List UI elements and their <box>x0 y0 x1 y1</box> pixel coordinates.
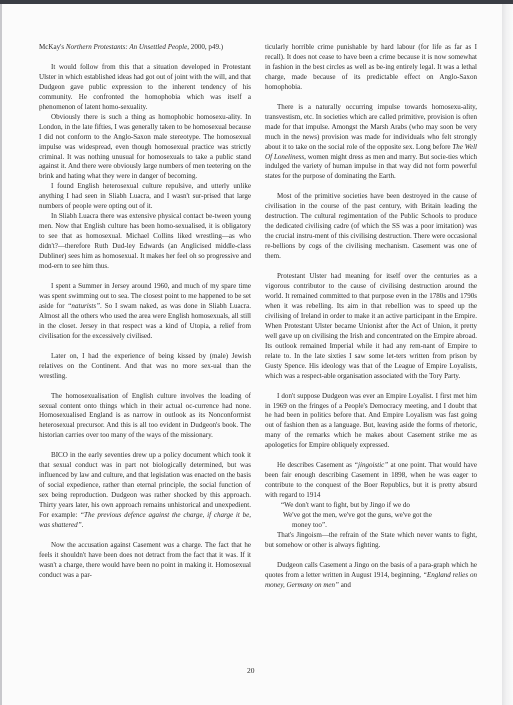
page-number: 20 <box>247 666 255 675</box>
paragraph: I don't suppose Dudgeon was ever an Empi… <box>265 392 477 452</box>
paragraph: I spent a Summer in Jersey around 1960, … <box>39 282 251 342</box>
verse-line: “We don't want to fight, but by Jingo if… <box>265 501 477 511</box>
paragraph: Later on, I had the experience of being … <box>39 352 251 382</box>
paragraph-citation: McKay's Northern Protestants: An Unsettl… <box>39 43 251 53</box>
left-column: McKay's Northern Protestants: An Unsettl… <box>39 43 251 581</box>
paragraph: Protestant Ulster had meaning for itself… <box>265 272 477 381</box>
right-column: ticularly horrible crime punishable by h… <box>265 43 477 591</box>
paragraph: He describes Casement as “jingoistic” at… <box>265 461 477 501</box>
paragraph: Dudgeon calls Casement a Jingo on the ba… <box>265 561 477 591</box>
paragraph: BICO in the early seventies drew up a po… <box>39 451 251 531</box>
page-right-edge-shadow <box>502 4 513 705</box>
verse-line: money too”. <box>265 521 477 531</box>
paragraph: In Sliabh Luacra there was extensive phy… <box>39 212 251 272</box>
paragraph: Obviously there is such a thing as homop… <box>39 113 251 183</box>
paragraph: I found English heterosexual culture rep… <box>39 182 251 212</box>
paragraph: The homosexualisation of English culture… <box>39 392 251 442</box>
paragraph: That's Jingoism—the refrain of the State… <box>265 531 477 551</box>
book-title: Northern Protestants: An Unsettled Peopl… <box>66 43 187 51</box>
paragraph: Now the accusation against Casement was … <box>39 541 251 581</box>
paragraph: There is a naturally occurring impulse t… <box>265 103 477 183</box>
verse-line: We've got the men, we've got the guns, w… <box>265 511 477 521</box>
paragraph: Most of the primitive societies have bee… <box>265 192 477 262</box>
paragraph: It would follow from this that a situati… <box>39 63 251 113</box>
paragraph: ticularly horrible crime punishable by h… <box>265 43 477 93</box>
